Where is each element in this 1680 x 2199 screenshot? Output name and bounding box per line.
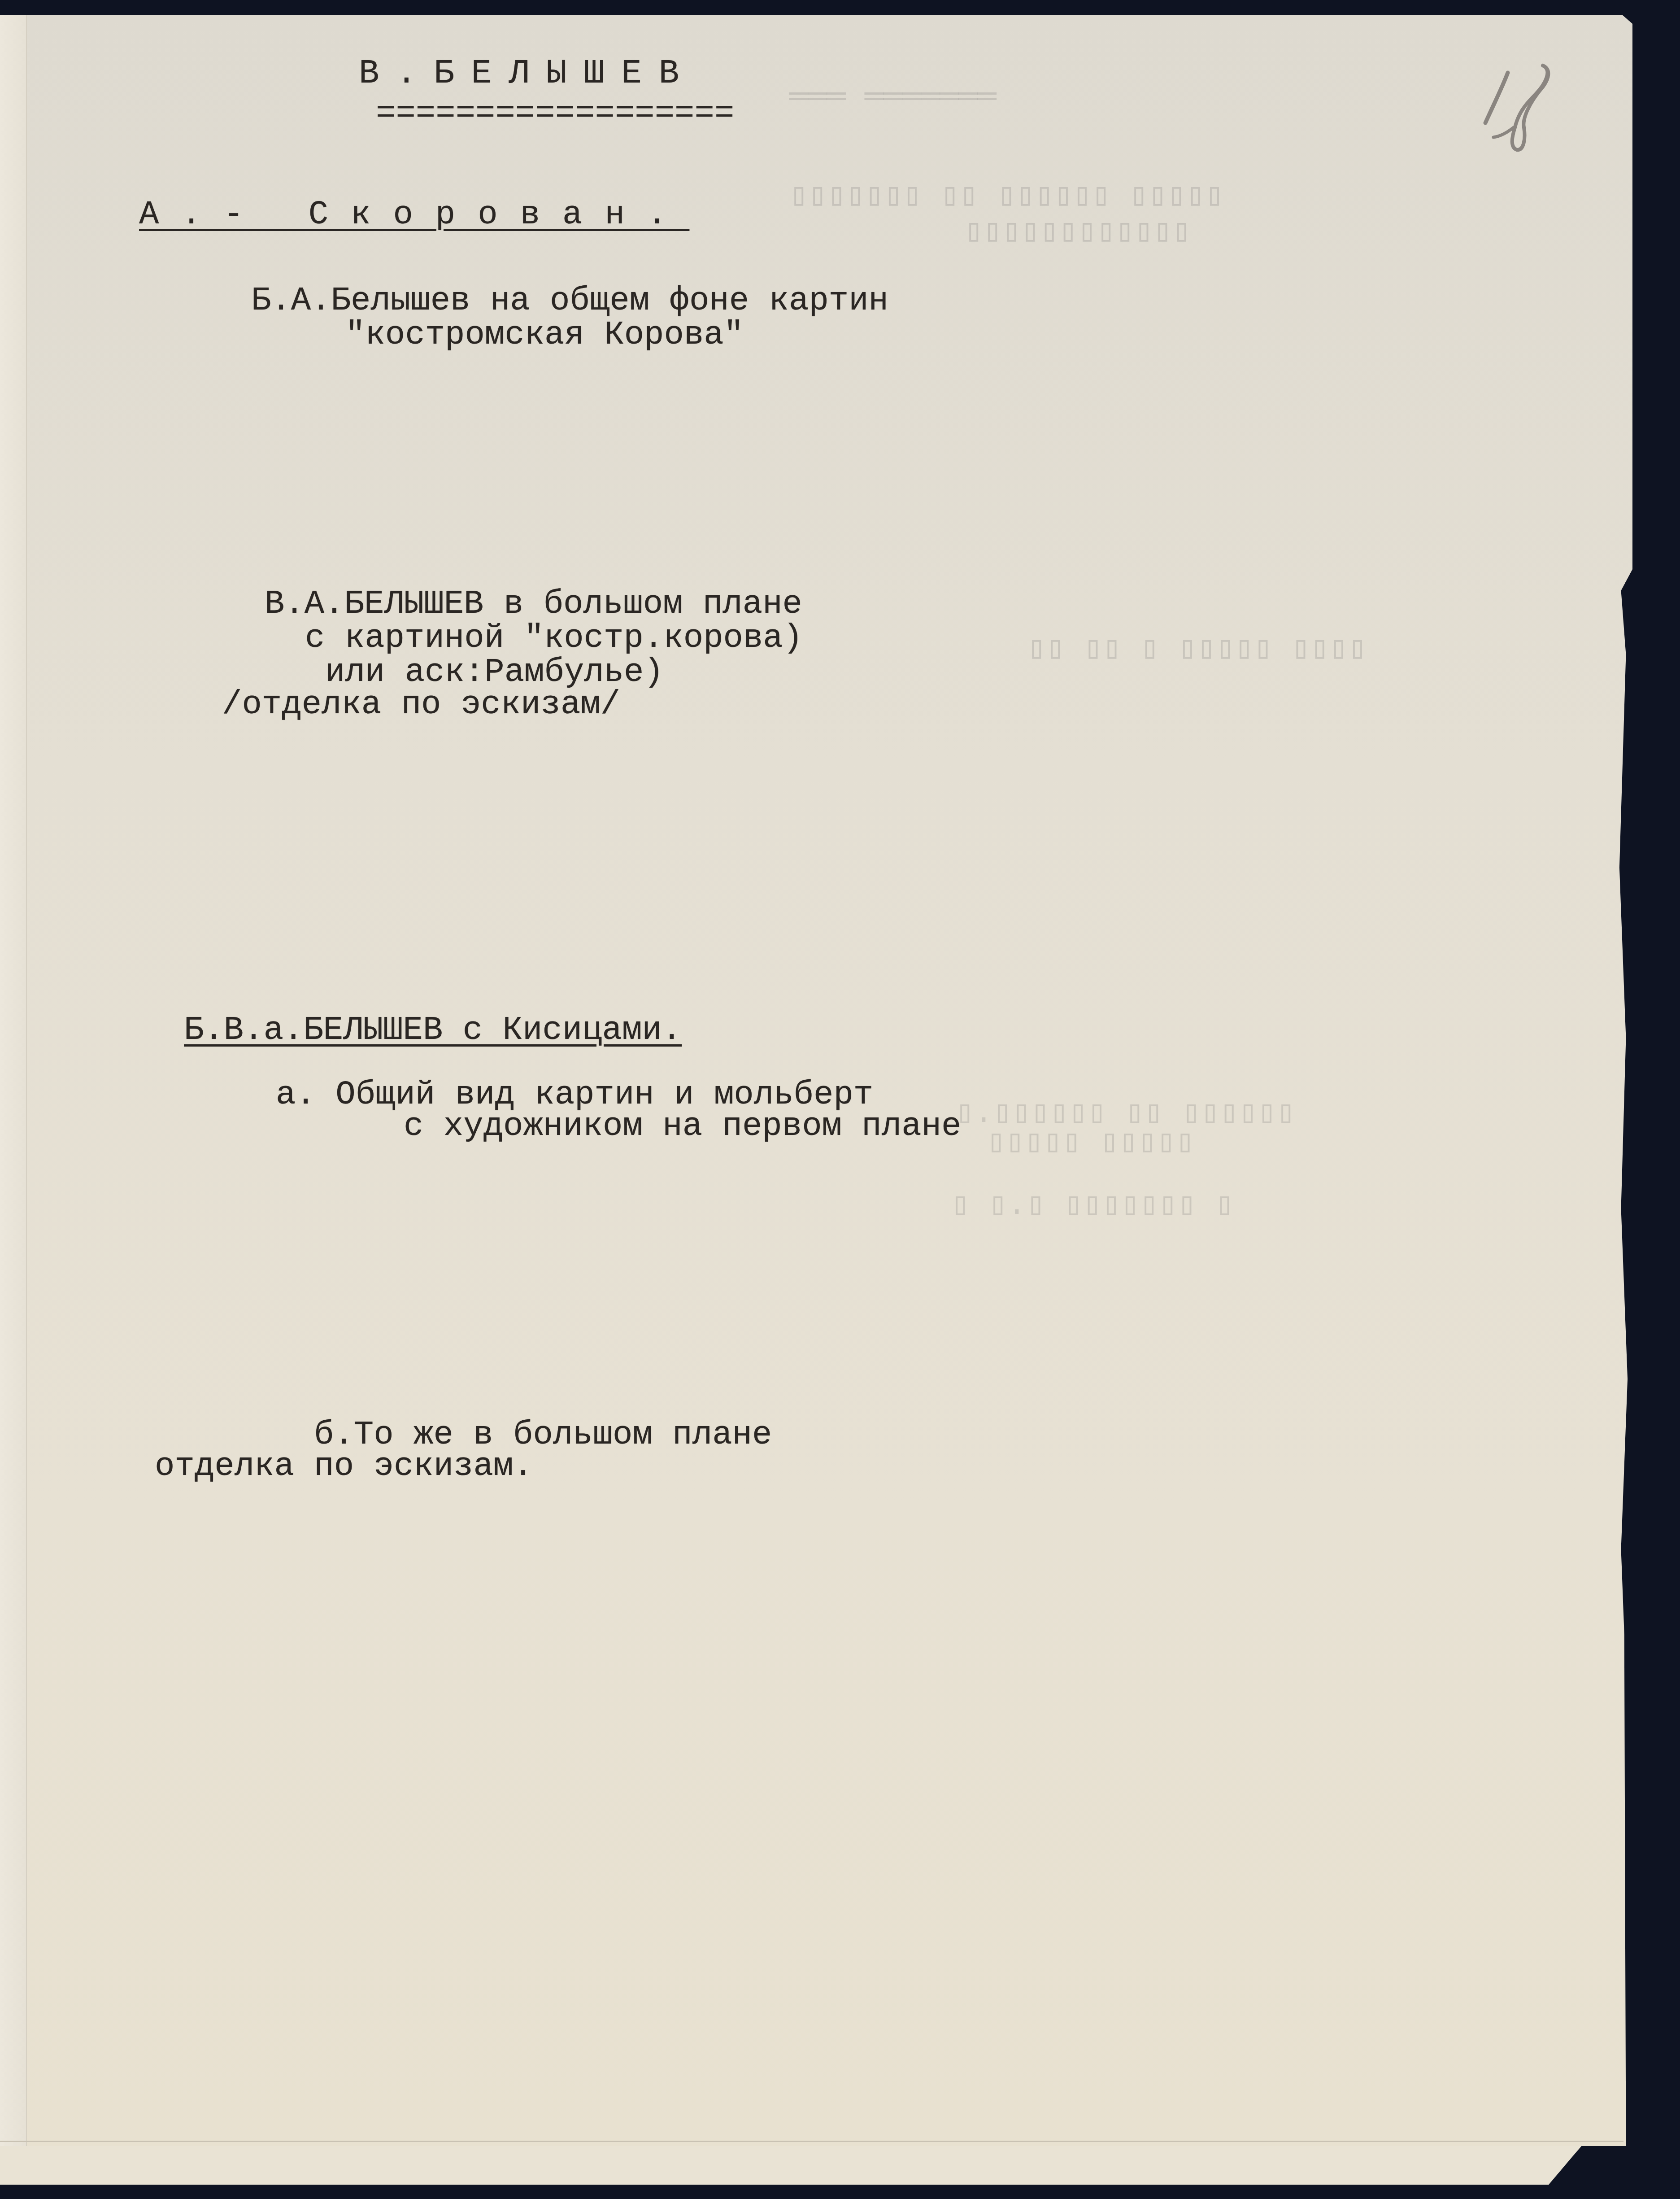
typewritten-page: ═══════ ═══ ▯▯▯▯▯ ▯▯▯▯▯▯ ▯▯ ▯▯▯▯▯▯▯ ▯▯▯▯… xyxy=(0,15,1632,2146)
bleed-through-texture: ▯▯▯▯ ▯▯▯▯▯ ▯ ▯▯ ▯▯ xyxy=(1027,634,1367,666)
section-b-item-b-line-1: б.То же в большом плане xyxy=(314,1418,772,1452)
section-b-item-a-line-1: а. Общий вид картин и мольберт xyxy=(276,1078,873,1112)
title-double-rule: ================== xyxy=(376,97,734,130)
section-b-item-a-line-2: с художником на первом плане xyxy=(404,1110,961,1143)
section-a-item-1-line-1: Б.А.Белышев на общем фоне картин xyxy=(251,284,888,318)
document-title: В.БЕЛЫШЕВ xyxy=(359,57,696,91)
section-a-item-1-line-2: "костромская Корова" xyxy=(345,319,744,352)
section-a-item-2-line-4: /отделка по эскизам/ xyxy=(222,688,620,721)
handwritten-page-number: 18 xyxy=(1475,60,1565,159)
bleed-through-texture: ▯ ▯▯▯▯▯▯▯ ▯.▯ ▯ xyxy=(951,1191,1234,1222)
bleed-through-texture: ═══════ ═══ xyxy=(789,83,997,114)
bleed-through-texture: ▯▯▯▯▯ ▯▯▯▯▯ xyxy=(987,1128,1194,1159)
section-a-item-2-line-3: или аск:Рамбулье) xyxy=(325,656,664,689)
section-b-item-b-line-2: отделка по эскизам. xyxy=(155,1450,533,1483)
bleed-through-texture: ▯▯▯▯▯▯▯▯▯▯▯▯ xyxy=(964,217,1191,249)
sheet-bottom-edge xyxy=(0,2141,1623,2142)
section-a-item-2-line-1: В.А.БЕЛЫШЕВ в большом плане xyxy=(265,588,802,621)
section-a-heading: А.- Скорован. xyxy=(139,198,689,231)
section-b-heading: Б.В.а.БЕЛЫШЕВ с Кисицами. xyxy=(184,1014,682,1047)
section-a-item-2-line-2: с картиной "костр.корова) xyxy=(305,622,803,655)
bleed-through-texture: ▯▯▯▯▯ ▯▯▯▯▯▯ ▯▯ ▯▯▯▯▯▯▯ xyxy=(789,181,1224,213)
